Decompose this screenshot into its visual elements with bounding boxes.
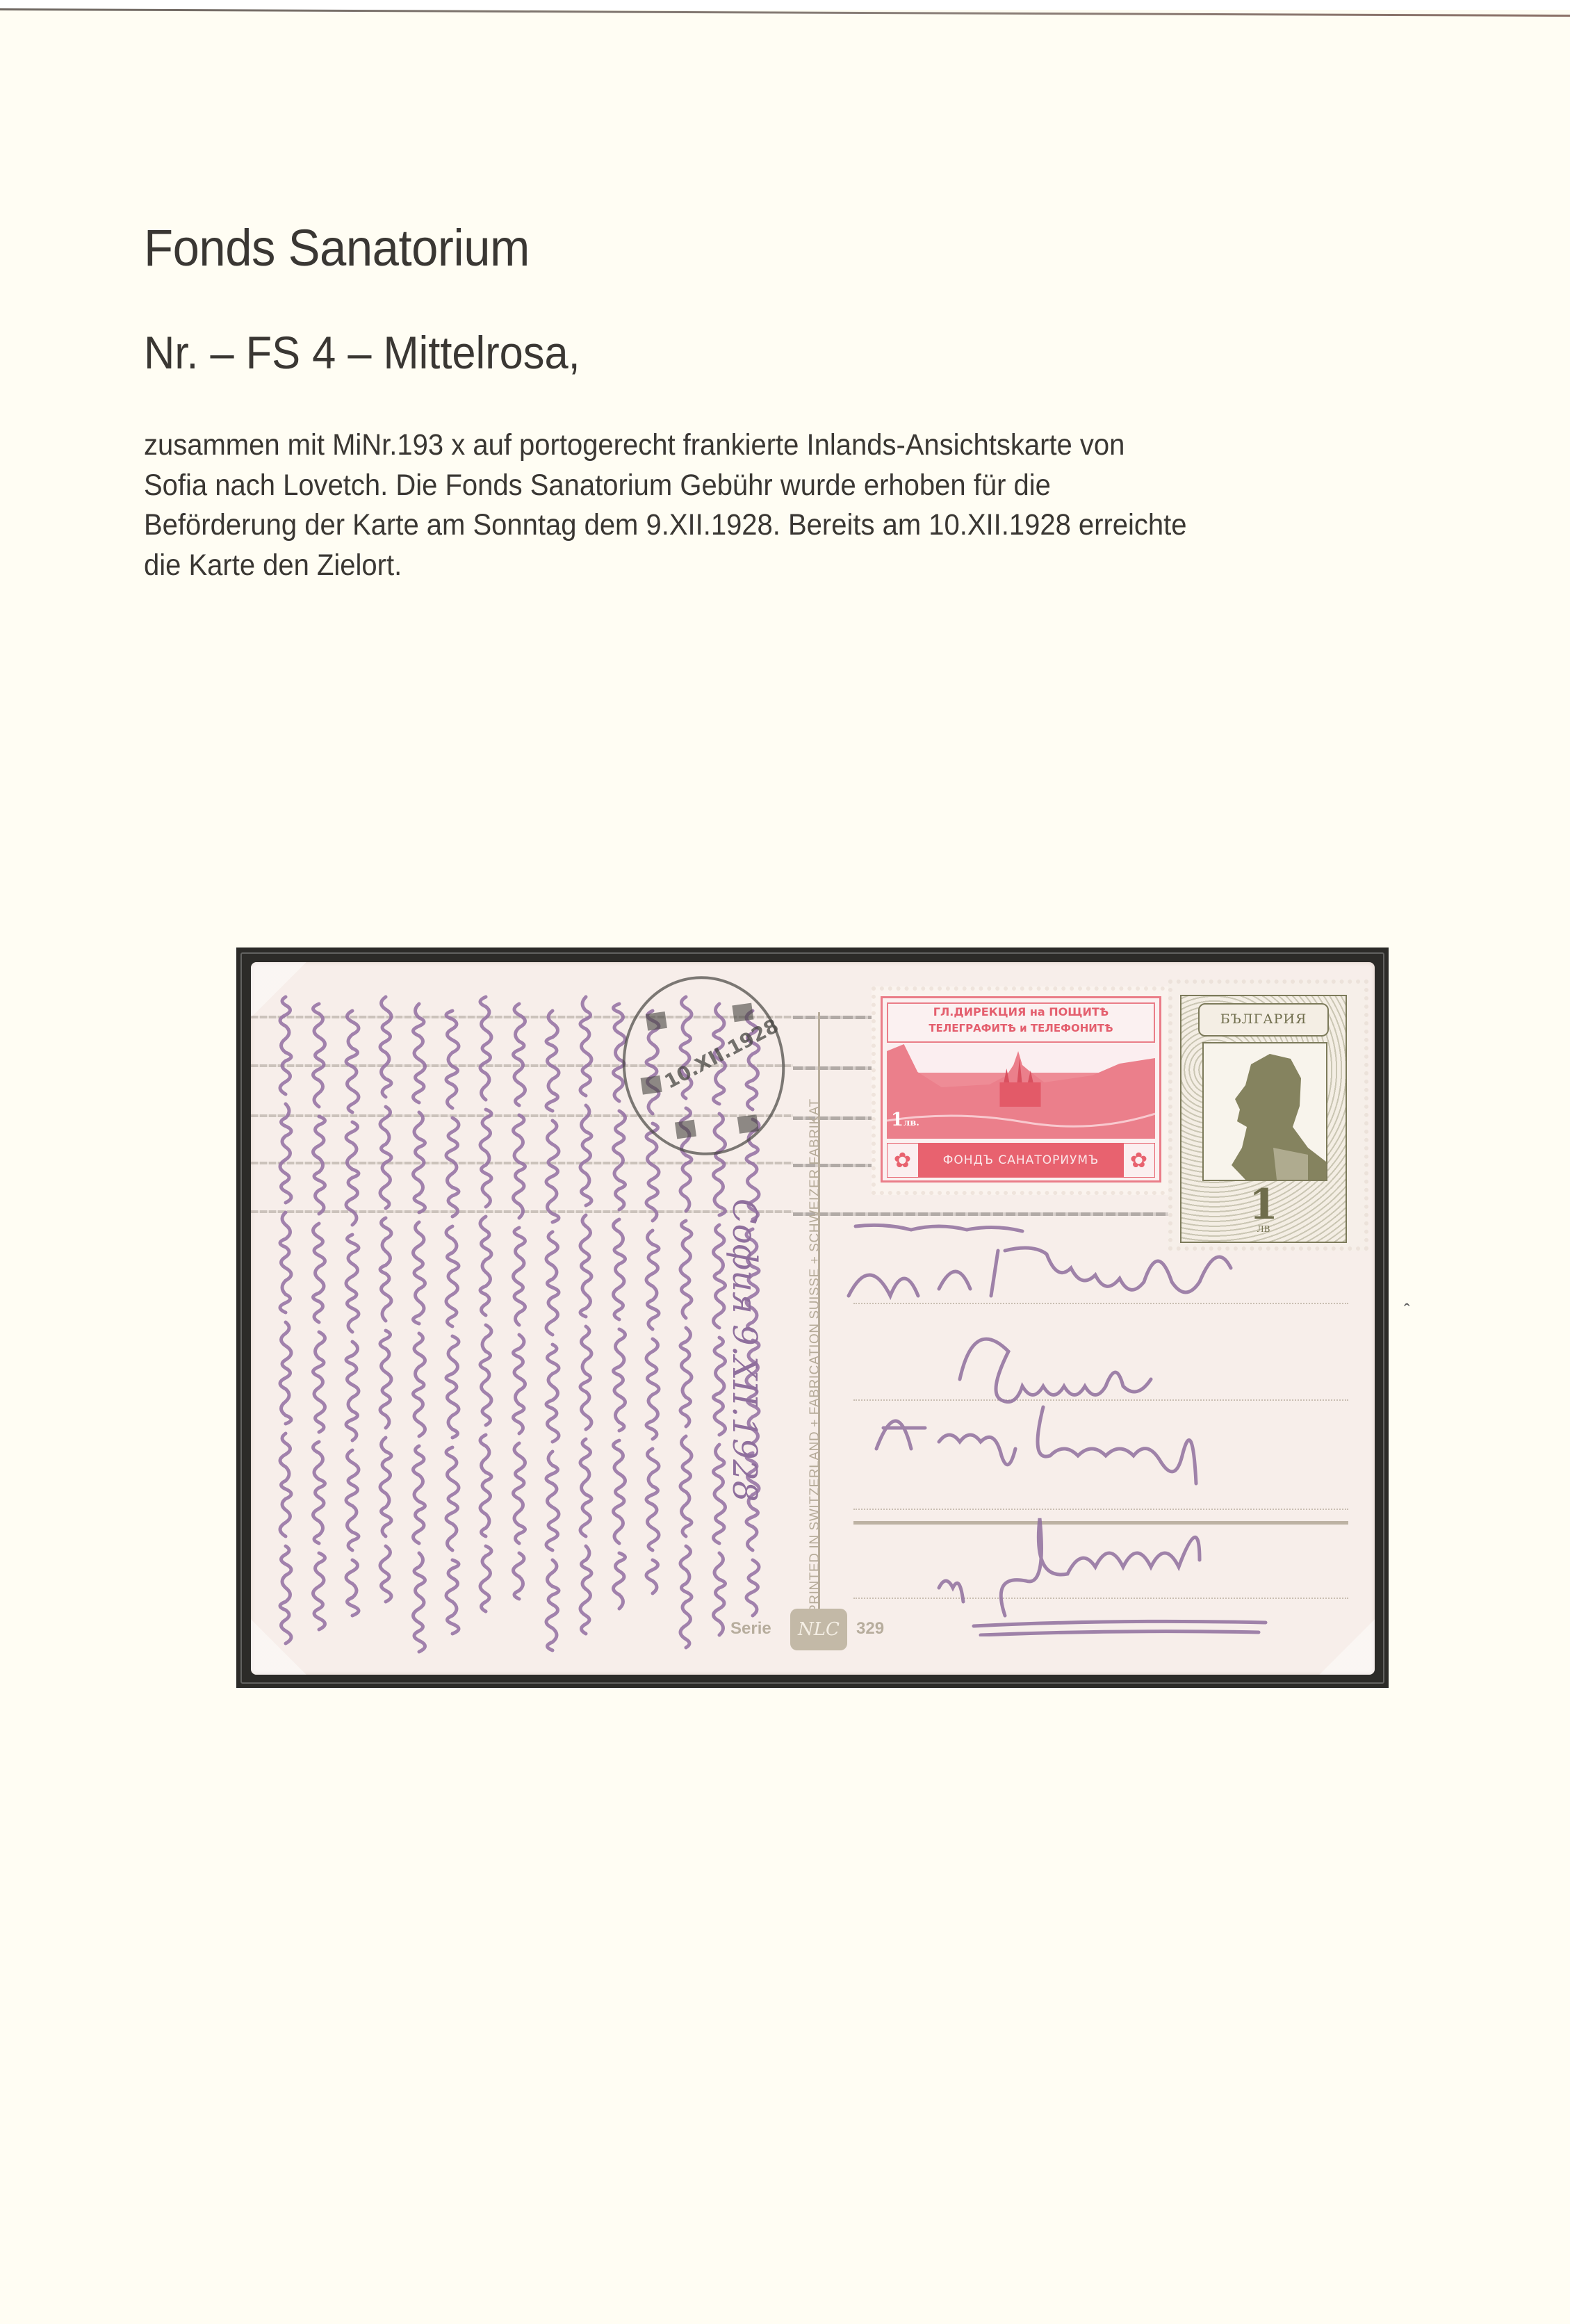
stamp-value-number: 1 bbox=[891, 1110, 903, 1130]
postmark-fragment bbox=[646, 1011, 667, 1031]
stamp-value: 1лв. bbox=[891, 1110, 919, 1130]
postmark-fragment bbox=[641, 1075, 662, 1095]
page-title: Fonds Sanatorium bbox=[144, 217, 530, 279]
sender-date-handwritten: София 9.XII.1928 bbox=[725, 1198, 764, 1502]
serie-label: Serie bbox=[730, 1619, 771, 1639]
description-paragraph: zusammen mit MiNr.193 x auf portogerecht… bbox=[144, 425, 1187, 585]
scan-top-edge bbox=[0, 0, 1570, 10]
king-portrait-icon bbox=[1204, 1043, 1326, 1180]
postcard: София 9.XII.1928 10.XII.1928 PRINTED IN … bbox=[251, 962, 1375, 1675]
stamp-header-line: ТЕЛЕГРАФИТѢ и ТЕЛЕФОНИТѢ bbox=[888, 1021, 1154, 1036]
stamp-sanatorium-landscape bbox=[887, 1044, 1155, 1139]
page-subtitle: Nr. – FS 4 – Mittelrosa, bbox=[144, 325, 580, 380]
postmark-fragment bbox=[732, 1003, 753, 1023]
stamp-header: ГЛ.ДИРЕКЦИЯ на ПОЩИТѢ ТЕЛЕГРАФИТѢ и ТЕЛЕ… bbox=[887, 1002, 1155, 1043]
description-line: Beförderung der Karte am Sonntag dem 9.X… bbox=[144, 505, 1187, 546]
description-line: Sofia nach Lovetch. Die Fonds Sanatorium… bbox=[144, 466, 1187, 506]
printer-imprint: PRINTED IN SWITZERLAND + FABRICATION SUI… bbox=[808, 1098, 822, 1614]
postmark-date: 10.XII.1928 bbox=[661, 1014, 783, 1094]
description-line: die Karte den Zielort. bbox=[144, 546, 1187, 586]
description-line: zusammen mit MiNr.193 x auf portogerecht… bbox=[144, 425, 1187, 466]
stamp-portrait bbox=[1202, 1042, 1327, 1181]
postcard-mount-frame: София 9.XII.1928 10.XII.1928 PRINTED IN … bbox=[236, 948, 1389, 1688]
stamp-header-line: ГЛ.ДИРЕКЦИЯ на ПОЩИТѢ bbox=[888, 1004, 1154, 1021]
stamp-footer: ФОНДЪ САНАТОРИУМЪ bbox=[887, 1143, 1155, 1178]
mountain-sanatorium-illustration bbox=[887, 1044, 1155, 1139]
postmark-fragment bbox=[737, 1114, 759, 1134]
stamp-tsar-boris: БЪЛГАРИЯ 1 ЛВ bbox=[1180, 995, 1347, 1243]
cancel-bar bbox=[793, 1212, 1182, 1216]
handwritten-address bbox=[835, 1219, 1363, 1636]
postmark-fragment bbox=[675, 1120, 696, 1139]
pencil-mark: ˆ bbox=[1404, 1300, 1410, 1322]
stamp-fond-sanatorium: ГЛ.ДИРЕКЦИЯ на ПОЩИТѢ ТЕЛЕГРАФИТѢ и ТЕЛЕ… bbox=[881, 996, 1161, 1183]
stamp-value-unit: лв. bbox=[903, 1118, 919, 1128]
stamp-country: БЪЛГАРИЯ bbox=[1198, 1003, 1329, 1037]
